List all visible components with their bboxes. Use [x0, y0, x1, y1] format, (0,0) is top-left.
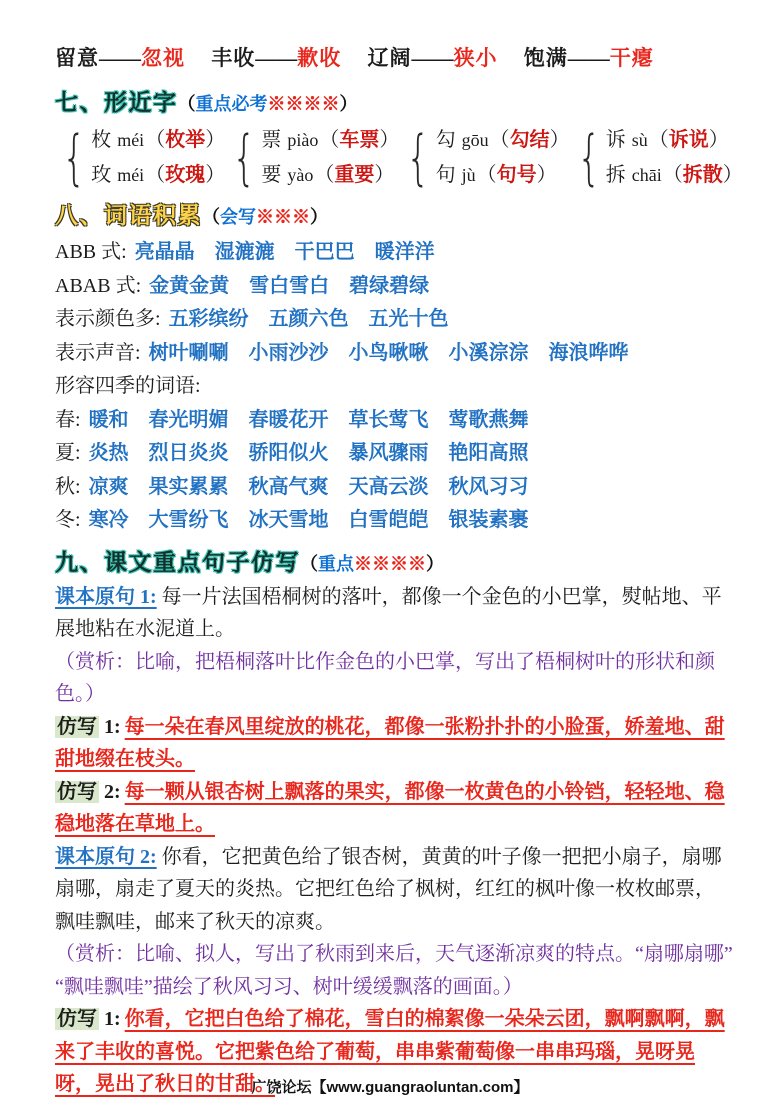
- pinyin: jù: [462, 165, 476, 185]
- word-line-words: 凉爽 果实累累 秋高气爽 天高云淡 秋风习习: [89, 476, 529, 498]
- char-row: 要yào（重要）: [261, 158, 399, 193]
- word-accumulation-list: ABB 式:亮晶晶 湿漉漉 干巴巴 暖洋洋 ABAB 式:金黄金黄 雪白雪白 碧…: [55, 236, 734, 538]
- paren-close: ）: [340, 94, 358, 114]
- original-sentence-block: 课本原句 2: 你看，它把黄色给了银杏树，黄黄的叶子像一把把小扇子，扇哪扇哪，扇…: [55, 841, 734, 939]
- char-row: 拆chāi（拆散）: [606, 158, 743, 193]
- antonym-answer: 歉收: [297, 46, 341, 70]
- paren-open: （: [145, 164, 165, 186]
- word-line-label: 表示颜色多:: [55, 308, 161, 330]
- brace-icon: {: [62, 123, 86, 193]
- original-label: 课本原句 2:: [55, 846, 157, 868]
- paren-close: ）: [537, 164, 557, 186]
- example-word: 车票: [339, 129, 379, 151]
- word-line-label: ABB 式:: [55, 241, 127, 263]
- char: 拆: [606, 164, 626, 186]
- dash: ——: [412, 46, 454, 70]
- section-heading-8: 八、词语积累（会写※※※）: [55, 197, 734, 230]
- pinyin: méi: [117, 165, 144, 185]
- note-label: 会写: [220, 207, 256, 227]
- char: 玫: [91, 164, 111, 186]
- imitation-label: 仿写: [55, 1008, 99, 1030]
- paren-open: （: [649, 129, 669, 151]
- pinyin: chāi: [632, 165, 662, 185]
- char-group: { 枚méi（枚举） 玫méi（玫瑰）: [55, 123, 225, 193]
- word-line: ABAB 式:金黄金黄 雪白雪白 碧绿碧绿: [55, 270, 734, 304]
- imitation-block: 仿写1:每一朵在春风里绽放的桃花，都像一张粉扑扑的小脸蛋，娇羞地、甜甜地缀在枝头…: [55, 711, 734, 776]
- example-word: 枚举: [165, 129, 205, 151]
- dash: ——: [255, 46, 297, 70]
- word-line-summer: 夏:炎热 烈日炎炎 骄阳似火 暴风骤雨 艳阳高照: [55, 437, 734, 471]
- antonym-pair: 辽阔——狭小: [368, 46, 498, 70]
- section-title: 九、课文重点句子仿写: [55, 550, 300, 575]
- heading-note: （重点必考※※※※）: [178, 94, 358, 114]
- paren-open: （: [477, 164, 497, 186]
- word-line-words: 金黄金黄 雪白雪白 碧绿碧绿: [149, 275, 429, 297]
- word-line-words: 亮晶晶 湿漉漉 干巴巴 暖洋洋: [135, 241, 435, 263]
- char: 枚: [91, 129, 111, 151]
- char-row: 勾gōu（勾结）: [436, 123, 570, 158]
- example-word: 句号: [497, 164, 537, 186]
- word-line-words: 炎热 烈日炎炎 骄阳似火 暴风骤雨 艳阳高照: [89, 442, 529, 464]
- analysis-block: （赏析：比喻、拟人，写出了秋雨到来后，天气逐渐凉爽的特点。“扇哪扇哪” “飘哇飘…: [55, 938, 734, 1003]
- heading-note: （会写※※※）: [202, 207, 328, 227]
- example-word: 玫瑰: [165, 164, 205, 186]
- example-word: 勾结: [510, 129, 550, 151]
- section-title: 八、词语积累: [55, 203, 202, 228]
- dash: ——: [99, 46, 141, 70]
- antonym-pair: 饱满——干瘪: [524, 46, 654, 70]
- analysis-block: （赏析：比喻，把梧桐落叶比作金色的小巴掌，写出了梧桐树叶的形状和颜色。）: [55, 646, 734, 711]
- word-line: 表示声音:树叶唰唰 小雨沙沙 小鸟啾啾 小溪淙淙 海浪哗哗: [55, 337, 734, 371]
- char-group: { 勾gōu（勾结） 句jù（句号）: [399, 123, 569, 193]
- word-line-label: 秋:: [55, 476, 81, 498]
- note-label: 重点: [318, 554, 354, 574]
- paren-close: ）: [550, 129, 570, 151]
- imitation-label: 仿写: [55, 716, 99, 738]
- example-word: 诉说: [669, 129, 709, 151]
- char-group: { 票piào（车票） 要yào（重要）: [225, 123, 399, 193]
- word-line-words: 暖和 春光明媚 春暖花开 草长莺飞 莺歌燕舞: [89, 409, 529, 431]
- word-line: 表示颜色多:五彩缤纷 五颜六色 五光十色: [55, 303, 734, 337]
- antonym-answer: 忽视: [141, 46, 185, 70]
- word-line-label: ABAB 式:: [55, 275, 141, 297]
- word-line-label: 冬:: [55, 509, 81, 531]
- importance-stars: ※※※※: [268, 94, 340, 114]
- antonym-pair: 留意——忽视: [55, 46, 185, 70]
- paren-close: ）: [205, 164, 225, 186]
- section-heading-7: 七、形近字（重点必考※※※※）: [55, 84, 734, 117]
- pinyin: méi: [117, 130, 144, 150]
- pinyin: yào: [287, 165, 313, 185]
- char-row: 枚méi（枚举）: [91, 123, 225, 158]
- brace-icon: {: [232, 123, 256, 193]
- antonym-pair: 丰收——歉收: [211, 46, 341, 70]
- similar-char-groups: { 枚méi（枚举） 玫méi（玫瑰） { 票piào（车票） 要yào（重要）…: [55, 123, 734, 193]
- pinyin: gōu: [462, 130, 489, 150]
- section-title: 七、形近字: [55, 90, 178, 115]
- char: 句: [436, 164, 456, 186]
- brace-icon: {: [577, 123, 601, 193]
- antonym-word: 饱满: [524, 46, 568, 70]
- paren-close: ）: [379, 129, 399, 151]
- original-sentence-block: 课本原句 1: 每一片法国梧桐树的落叶，都像一个金色的小巴掌，熨帖地、平展地粘在…: [55, 581, 734, 646]
- word-line: 形容四季的词语:: [55, 370, 734, 404]
- word-line-spring: 春:暖和 春光明媚 春暖花开 草长莺飞 莺歌燕舞: [55, 404, 734, 438]
- word-line-winter: 冬:寒冷 大雪纷飞 冰天雪地 白雪皑皑 银装素裹: [55, 504, 734, 538]
- word-line-autumn: 秋:凉爽 果实累累 秋高气爽 天高云淡 秋风习习: [55, 471, 734, 505]
- heading-note: （重点※※※※）: [300, 554, 444, 574]
- paren-open: （: [490, 129, 510, 151]
- imitation-block: 仿写2:每一颗从银杏树上飘落的果实，都像一枚黄色的小铃铛，轻轻地、稳稳地落在草地…: [55, 776, 734, 841]
- char-row: 句jù（句号）: [436, 158, 570, 193]
- paren-close: ）: [723, 164, 743, 186]
- antonym-word: 留意: [55, 46, 99, 70]
- antonym-answer: 干瘪: [610, 46, 654, 70]
- imitation-label: 仿写: [55, 781, 99, 803]
- word-line: ABB 式:亮晶晶 湿漉漉 干巴巴 暖洋洋: [55, 236, 734, 270]
- footer-watermark: 广饶论坛【www.guangraoluntan.com】: [0, 1076, 780, 1097]
- imitation-text: 每一朵在春风里绽放的桃花，都像一张粉扑扑的小脸蛋，娇羞地、甜甜地缀在枝头。: [55, 716, 725, 771]
- char: 诉: [606, 129, 626, 151]
- char: 票: [261, 129, 281, 151]
- paren-open: （: [663, 164, 683, 186]
- sentence-blocks: 课本原句 1: 每一片法国梧桐树的落叶，都像一个金色的小巴掌，熨帖地、平展地粘在…: [55, 581, 734, 1101]
- word-line-label: 表示声音:: [55, 342, 141, 364]
- importance-stars: ※※※※: [354, 554, 426, 574]
- section-heading-9: 九、课文重点句子仿写（重点※※※※）: [55, 544, 734, 577]
- paren-open: （: [178, 94, 196, 114]
- original-label: 课本原句 1:: [55, 586, 157, 608]
- paren-close: ）: [205, 129, 225, 151]
- char-row: 票piào（车票）: [261, 123, 399, 158]
- imitation-text: 每一颗从银杏树上飘落的果实，都像一枚黄色的小铃铛，轻轻地、稳稳地落在草地上。: [55, 781, 725, 836]
- char: 要: [261, 164, 281, 186]
- paren-close: ）: [374, 164, 394, 186]
- paren-open: （: [202, 207, 220, 227]
- example-word: 重要: [334, 164, 374, 186]
- word-line-label: 形容四季的词语:: [55, 375, 201, 397]
- char-group: { 诉sù（诉说） 拆chāi（拆散）: [570, 123, 743, 193]
- antonym-word: 辽阔: [368, 46, 412, 70]
- char: 勾: [436, 129, 456, 151]
- example-word: 拆散: [683, 164, 723, 186]
- word-line-words: 树叶唰唰 小雨沙沙 小鸟啾啾 小溪淙淙 海浪哗哗: [149, 342, 629, 364]
- antonym-word: 丰收: [211, 46, 255, 70]
- char-row: 诉sù（诉说）: [606, 123, 743, 158]
- importance-stars: ※※※: [256, 207, 310, 227]
- imitation-number: 1:: [104, 1008, 121, 1030]
- imitation-number: 2:: [104, 781, 121, 803]
- paren-open: （: [300, 554, 318, 574]
- paren-open: （: [319, 129, 339, 151]
- word-line-label: 夏:: [55, 442, 81, 464]
- pinyin: piào: [287, 130, 318, 150]
- pinyin: sù: [632, 130, 648, 150]
- word-line-words: 五彩缤纷 五颜六色 五光十色: [169, 308, 449, 330]
- analysis-text: （赏析：比喻，把梧桐落叶比作金色的小巴掌，写出了梧桐树叶的形状和颜色。）: [55, 651, 715, 706]
- paren-open: （: [145, 129, 165, 151]
- antonym-answer: 狭小: [454, 46, 498, 70]
- paren-close: ）: [709, 129, 729, 151]
- analysis-text: （赏析：比喻、拟人，写出了秋雨到来后，天气逐渐凉爽的特点。“扇哪扇哪” “飘哇飘…: [55, 943, 733, 998]
- imitation-number: 1:: [104, 716, 121, 738]
- dash: ——: [568, 46, 610, 70]
- paren-close: ）: [310, 207, 328, 227]
- char-row: 玫méi（玫瑰）: [91, 158, 225, 193]
- word-line-label: 春:: [55, 409, 81, 431]
- word-line-words: 寒冷 大雪纷飞 冰天雪地 白雪皑皑 银装素裹: [89, 509, 529, 531]
- paren-close: ）: [426, 554, 444, 574]
- paren-open: （: [314, 164, 334, 186]
- study-notes-page: 留意——忽视 丰收——歉收 辽阔——狭小 饱满——干瘪 七、形近字（重点必考※※…: [0, 0, 780, 1103]
- brace-icon: {: [407, 123, 431, 193]
- note-label: 重点必考: [196, 94, 268, 114]
- antonym-line: 留意——忽视 丰收——歉收 辽阔——狭小 饱满——干瘪: [55, 42, 734, 72]
